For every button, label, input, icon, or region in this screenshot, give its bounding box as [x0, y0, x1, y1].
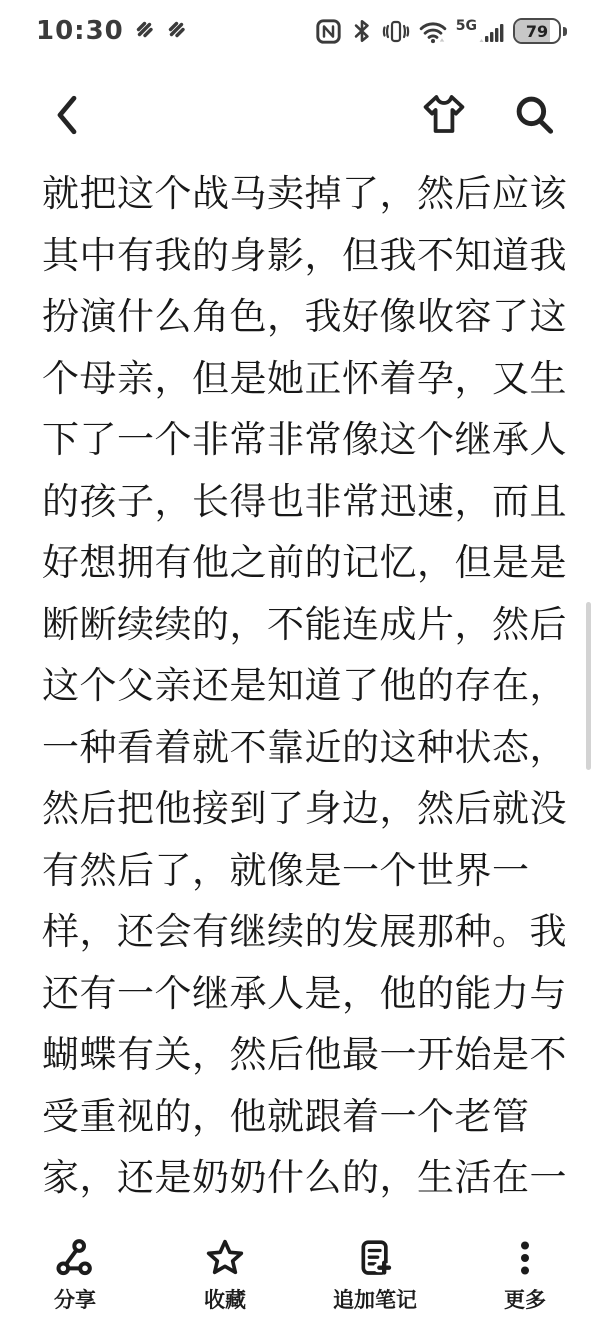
append-note-button[interactable]: 追加笔记: [300, 1232, 450, 1314]
append-note-label: 追加笔记: [333, 1284, 417, 1314]
status-bar: 10:30: [0, 0, 600, 62]
search-icon: [513, 93, 555, 135]
back-button[interactable]: [44, 92, 90, 138]
text-line: 受重视的，他就跟着一个老管: [42, 1086, 562, 1148]
app-notification-icon: [166, 20, 188, 42]
favorite-button[interactable]: 收藏: [150, 1232, 300, 1314]
search-button[interactable]: [510, 90, 558, 138]
clock: 10:30: [36, 16, 124, 46]
text-line: 下了一个非常非常像这个继承人: [42, 409, 562, 471]
more-label: 更多: [504, 1284, 546, 1314]
nfc-icon: [315, 18, 342, 45]
note-text: 就把这个战马卖掉了，然后应该 其中有我的身影，但我不知道我 扮演什么角色，我好像…: [42, 163, 562, 1209]
theme-button[interactable]: [418, 88, 470, 140]
tshirt-icon: [420, 92, 468, 136]
share-button[interactable]: 分享: [0, 1232, 150, 1314]
text-line: 好想拥有他之前的记忆，但是是: [42, 532, 562, 594]
text-line: 有然后了，就像是一个世界一: [42, 840, 562, 902]
text-line: 就把这个战马卖掉了，然后应该: [42, 163, 562, 225]
text-line: 的孩子，长得也非常迅速，而且: [42, 471, 562, 533]
text-line: 断断续续的，不能连成片，然后: [42, 594, 562, 656]
back-icon: [50, 94, 84, 136]
wifi-icon: [418, 18, 448, 45]
bluetooth-icon: [350, 18, 374, 44]
status-bar-right: 5G 79: [315, 18, 567, 45]
signal-bars-icon: 5G: [456, 19, 505, 43]
text-line: 扮演什么角色，我好像收容了这: [42, 286, 562, 348]
nav-bar: [0, 78, 600, 150]
text-line: 蝴蝶有关，然后他最一开始是不: [42, 1024, 562, 1086]
text-line: 个母亲，但是她正怀着孕，又生: [42, 348, 562, 410]
phone-screen: 10:30: [0, 0, 600, 1332]
text-line: 然后把他接到了身边，然后就没: [42, 778, 562, 840]
app-notification-icon: [134, 20, 156, 42]
add-note-icon: [355, 1238, 395, 1278]
star-icon: [204, 1238, 246, 1278]
battery-percent: 79: [526, 22, 548, 41]
network-type-label: 5G: [456, 19, 477, 33]
text-line: 样，还会有继续的发展那种。我: [42, 901, 562, 963]
more-icon: [505, 1238, 545, 1278]
vibrate-icon: [382, 18, 410, 45]
favorite-label: 收藏: [204, 1284, 246, 1314]
share-icon: [55, 1238, 95, 1278]
text-line: 还有一个继承人是，他的能力与: [42, 963, 562, 1025]
bottom-toolbar: 分享 收藏 追加笔记 更多: [0, 1232, 600, 1332]
text-line: 一种看着就不靠近的这种状态，: [42, 717, 562, 779]
text-line: 家，还是奶奶什么的，生活在一: [42, 1147, 562, 1209]
battery-nub: [563, 27, 567, 36]
share-label: 分享: [54, 1284, 96, 1314]
scrollbar-thumb[interactable]: [586, 602, 591, 770]
text-line: 其中有我的身影，但我不知道我: [42, 225, 562, 287]
text-line: 这个父亲还是知道了他的存在，: [42, 655, 562, 717]
more-button[interactable]: 更多: [450, 1232, 600, 1314]
status-bar-left: 10:30: [36, 16, 188, 46]
battery-icon: 79: [513, 18, 567, 44]
